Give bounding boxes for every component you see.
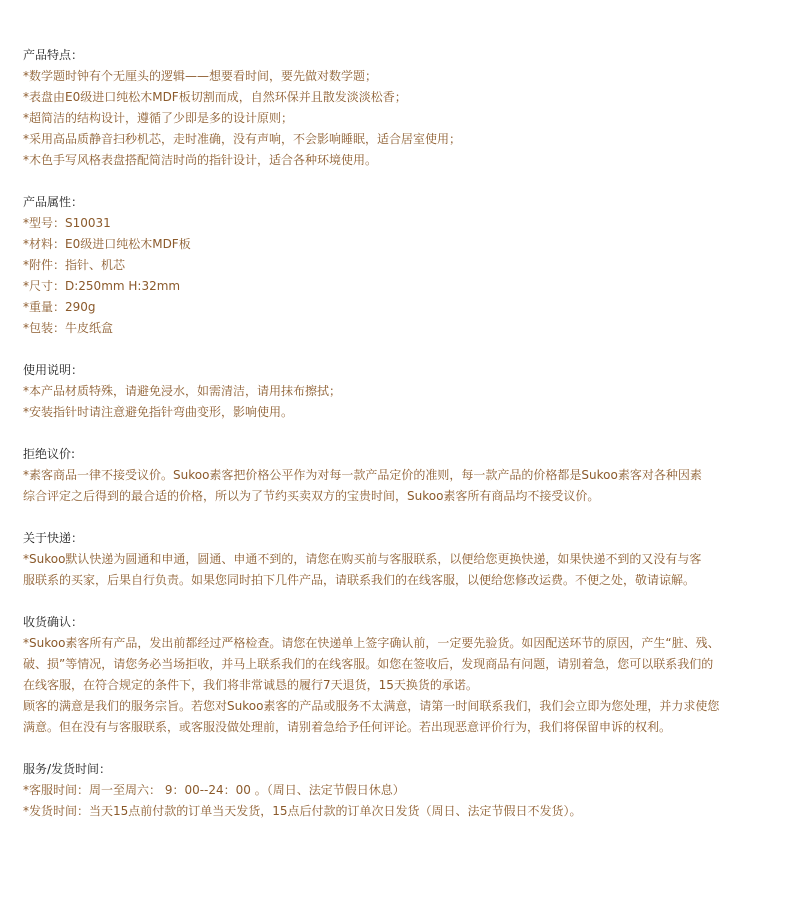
paragraph-line: *素客商品一律不接受议价。Sukoo素客把价格公平作为对每一款产品定价的准则，每…	[23, 465, 723, 486]
paragraph-line: *Sukoo素客所有产品，发出前都经过严格检查。请您在快递单上签字确认前，一定要…	[23, 633, 723, 654]
attribute-packaging: *包装：牛皮纸盒	[23, 318, 723, 339]
shipping-hours: *发货时间：当天15点前付款的订单当天发货，15点后付款的订单次日发货（周日、法…	[23, 801, 723, 822]
feature-line: *表盘由E0级进口纯松木MDF板切割而成，自然环保并且散发淡淡松香；	[23, 87, 723, 108]
paragraph-line: *Sukoo默认快递为圆通和申通，圆通、申通不到的，请您在购买前与客服联系，以便…	[23, 549, 723, 570]
section-heading: 拒绝议价:	[23, 444, 723, 465]
attribute-size: *尺寸：D:250mm H:32mm	[23, 276, 723, 297]
usage-line: *安装指针时请注意避免指针弯曲变形，影响使用。	[23, 402, 723, 423]
attribute-weight: *重量：290g	[23, 297, 723, 318]
attribute-accessories: *附件：指针、机芯	[23, 255, 723, 276]
section-service-hours: 服务/发货时间： *客服时间：周一至周六： 9：00--24：00 。（周日、法…	[23, 759, 723, 822]
paragraph-line: 满意。但在没有与客服联系，或客服没做处理前，请别着急给予任何评论。若出现恶意评价…	[23, 717, 723, 738]
paragraph-line: 顾客的满意是我们的服务宗旨。若您对Sukoo素客的产品或服务不太满意，请第一时间…	[23, 696, 723, 717]
feature-line: *木色手写风格表盘搭配简洁时尚的指针设计，适合各种环境使用。	[23, 150, 723, 171]
section-product-features: 产品特点： *数学题时钟有个无厘头的逻辑——想要看时间，要先做对数学题； *表盘…	[23, 45, 723, 171]
section-heading: 使用说明：	[23, 360, 723, 381]
section-heading: 产品特点：	[23, 45, 723, 66]
section-heading: 产品属性：	[23, 192, 723, 213]
section-product-attributes: 产品属性： *型号：S10031 *材料：E0级进口纯松木MDF板 *附件：指针…	[23, 192, 723, 339]
attribute-model: *型号：S10031	[23, 213, 723, 234]
section-shipping-courier: 关于快递： *Sukoo默认快递为圆通和申通，圆通、申通不到的，请您在购买前与客…	[23, 528, 723, 591]
feature-line: *数学题时钟有个无厘头的逻辑——想要看时间，要先做对数学题；	[23, 66, 723, 87]
paragraph-line: 服联系的买家，后果自行负责。如果您同时拍下几件产品，请联系我们的在线客服，以便给…	[23, 570, 723, 591]
section-heading: 收货确认：	[23, 612, 723, 633]
no-bargaining-paragraph: *素客商品一律不接受议价。Sukoo素客把价格公平作为对每一款产品定价的准则，每…	[23, 465, 723, 507]
paragraph-line: 综合评定之后得到的最合适的价格，所以为了节约买卖双方的宝贵时间，Sukoo素客所…	[23, 486, 723, 507]
section-receipt-confirmation: 收货确认： *Sukoo素客所有产品，发出前都经过严格检查。请您在快递单上签字确…	[23, 612, 723, 738]
receipt-paragraph: *Sukoo素客所有产品，发出前都经过严格检查。请您在快递单上签字确认前，一定要…	[23, 633, 723, 696]
satisfaction-paragraph: 顾客的满意是我们的服务宗旨。若您对Sukoo素客的产品或服务不太满意，请第一时间…	[23, 696, 723, 738]
section-no-bargaining: 拒绝议价: *素客商品一律不接受议价。Sukoo素客把价格公平作为对每一款产品定…	[23, 444, 723, 507]
courier-paragraph: *Sukoo默认快递为圆通和申通，圆通、申通不到的，请您在购买前与客服联系，以便…	[23, 549, 723, 591]
section-heading: 关于快递：	[23, 528, 723, 549]
feature-line: *采用高品质静音扫秒机芯，走时准确，没有声响，不会影响睡眠，适合居室使用；	[23, 129, 723, 150]
paragraph-line: 破、损”等情况，请您务必当场拒收，并马上联系我们的在线客服。如您在签收后，发现商…	[23, 654, 723, 675]
customer-service-hours: *客服时间：周一至周六： 9：00--24：00 。（周日、法定节假日休息）	[23, 780, 723, 801]
paragraph-line: 在线客服，在符合规定的条件下，我们将非常诚恳的履行7天退货，15天换货的承诺。	[23, 675, 723, 696]
feature-line: *超简洁的结构设计，遵循了少即是多的设计原则；	[23, 108, 723, 129]
product-description-document: 产品特点： *数学题时钟有个无厘头的逻辑——想要看时间，要先做对数学题； *表盘…	[23, 45, 723, 843]
usage-line: *本产品材质特殊，请避免浸水，如需清洁，请用抹布擦拭；	[23, 381, 723, 402]
section-heading: 服务/发货时间：	[23, 759, 723, 780]
attribute-material: *材料：E0级进口纯松木MDF板	[23, 234, 723, 255]
section-usage-instructions: 使用说明： *本产品材质特殊，请避免浸水，如需清洁，请用抹布擦拭； *安装指针时…	[23, 360, 723, 423]
